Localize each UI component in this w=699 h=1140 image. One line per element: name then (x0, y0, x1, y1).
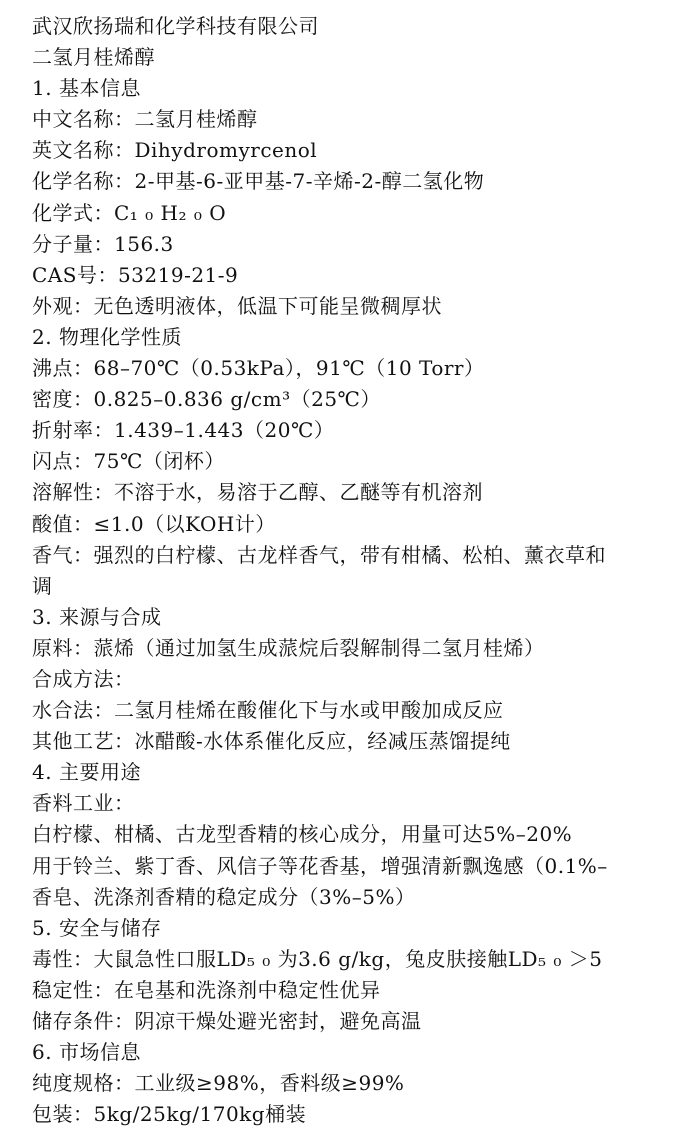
section-heading: 3. 来源与合成 (32, 602, 699, 633)
odor: 香气：强烈的白柠檬、古龙样香气，带有柑橘、松柏、薰衣草和 (32, 540, 699, 571)
packaging: 包装：5kg/25kg/170kg桶装 (32, 1099, 699, 1130)
storage-conditions: 储存条件：阴凉干燥处避光密封，避免高温 (32, 1006, 699, 1037)
purity-spec: 纯度规格：工业级≥98%，香料级≥99% (32, 1068, 699, 1099)
acid-value: 酸值：≤1.0（以KOH计） (32, 509, 699, 540)
section-applications: 4. 主要用途 香料工业： 白柠檬、柑橘、古龙型香精的核心成分，用量可达5%–2… (32, 757, 699, 912)
cas-number: CAS号：53219-21-9 (32, 260, 699, 291)
section-market-info: 6. 市场信息 纯度规格：工业级≥98%，香料级≥99% 包装：5kg/25kg… (32, 1037, 699, 1130)
application-item: 白柠檬、柑橘、古龙型香精的核心成分，用量可达5%–20% (32, 819, 699, 850)
hydration-method: 水合法：二氢月桂烯在酸催化下与水或甲酸加成反应 (32, 695, 699, 726)
appearance: 外观：无色透明液体，低温下可能呈微稠厚状 (32, 291, 699, 322)
odor-continued: 调 (32, 571, 699, 602)
section-heading: 4. 主要用途 (32, 757, 699, 788)
section-heading: 2. 物理化学性质 (32, 322, 699, 353)
section-source-synthesis: 3. 来源与合成 原料：蒎烯（通过加氢生成蒎烷后裂解制得二氢月桂烯） 合成方法：… (32, 602, 699, 757)
product-title: 二氢月桂烯醇 (32, 42, 699, 73)
stability: 稳定性：在皂基和洗涤剂中稳定性优异 (32, 975, 699, 1006)
molecular-weight: 分子量：156.3 (32, 229, 699, 260)
application-item: 香皂、洗涤剂香精的稳定成分（3%–5%） (32, 882, 699, 913)
solubility: 溶解性：不溶于水，易溶于乙醇、乙醚等有机溶剂 (32, 477, 699, 508)
other-process: 其他工艺：冰醋酸-水体系催化反应，经减压蒸馏提纯 (32, 726, 699, 757)
document-body: 武汉欣扬瑞和化学科技有限公司 二氢月桂烯醇 1. 基本信息 中文名称：二氢月桂烯… (32, 11, 699, 1130)
section-physicochemical: 2. 物理化学性质 沸点：68–70℃（0.53kPa），91℃（10 Torr… (32, 322, 699, 602)
flash-point: 闪点：75℃（闭杯） (32, 446, 699, 477)
section-safety-storage: 5. 安全与储存 毒性：大鼠急性口服LD₅ ₀ 为3.6 g/kg，兔皮肤接触L… (32, 913, 699, 1037)
section-basic-info: 1. 基本信息 中文名称：二氢月桂烯醇 英文名称：Dihydromyrcenol… (32, 73, 699, 322)
refractive-index: 折射率：1.439–1.443（20℃） (32, 415, 699, 446)
toxicity: 毒性：大鼠急性口服LD₅ ₀ 为3.6 g/kg，兔皮肤接触LD₅ ₀ ＞5 (32, 944, 699, 975)
density: 密度：0.825–0.836 g/cm³（25℃） (32, 384, 699, 415)
section-heading: 6. 市场信息 (32, 1037, 699, 1068)
company-name: 武汉欣扬瑞和化学科技有限公司 (32, 11, 699, 42)
application-item: 用于铃兰、紫丁香、风信子等花香基，增强清新飘逸感（0.1%– (32, 851, 699, 882)
english-name: 英文名称：Dihydromyrcenol (32, 135, 699, 166)
fragrance-industry-label: 香料工业： (32, 788, 699, 819)
boiling-point: 沸点：68–70℃（0.53kPa），91℃（10 Torr） (32, 353, 699, 384)
chinese-name: 中文名称：二氢月桂烯醇 (32, 104, 699, 135)
section-heading: 1. 基本信息 (32, 73, 699, 104)
synthesis-method-label: 合成方法： (32, 664, 699, 695)
raw-material: 原料：蒎烯（通过加氢生成蒎烷后裂解制得二氢月桂烯） (32, 633, 699, 664)
chemical-name: 化学名称：2-甲基-6-亚甲基-7-辛烯-2-醇二氢化物 (32, 166, 699, 197)
section-heading: 5. 安全与储存 (32, 913, 699, 944)
chemical-formula: 化学式：C₁ ₀ H₂ ₀ O (32, 198, 699, 229)
